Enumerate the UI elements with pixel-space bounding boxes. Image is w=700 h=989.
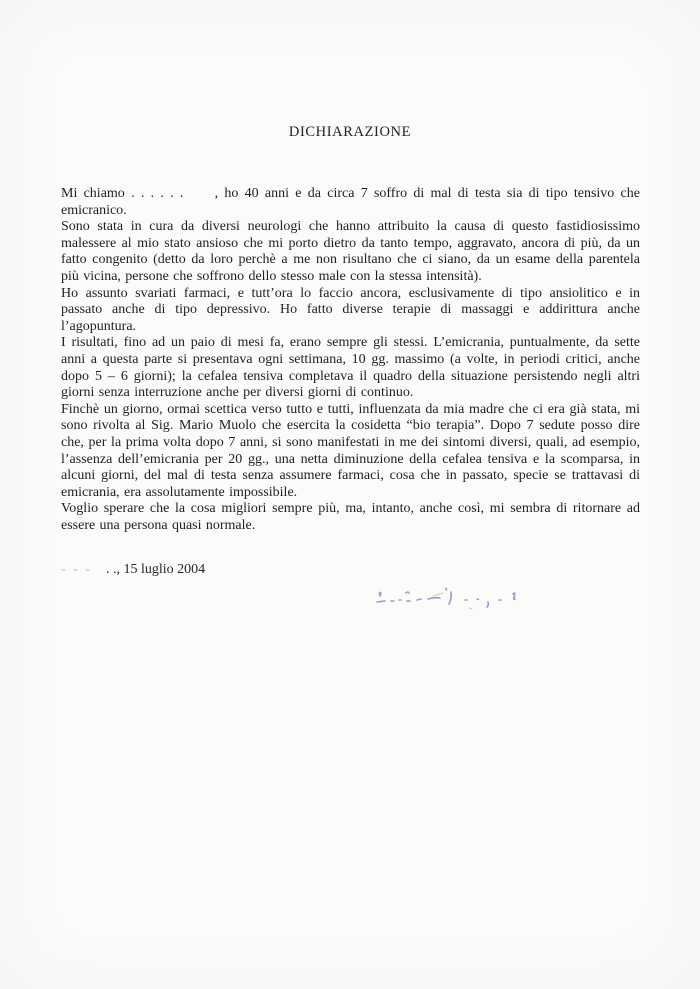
paragraph: Voglio sperare che la cosa migliori semp…: [61, 501, 640, 534]
paragraph: Ho assunto svariati farmaci, e tutt’ora …: [61, 286, 640, 336]
date-line: - - - . ., 15 luglio 2004: [61, 562, 205, 578]
signature: [373, 580, 538, 620]
paragraph: Sono stata in cura da diversi neurologi …: [61, 219, 640, 285]
date-text: . ., 15 luglio 2004: [92, 562, 205, 577]
redacted-place: - - -: [61, 562, 92, 577]
document-body: Mi chiamo . . . . . . , ho 40 anni e da …: [61, 186, 640, 534]
paragraph: Finchè un giorno, ormai scettica verso t…: [61, 402, 640, 502]
document-title: DICHIARAZIONE: [0, 124, 700, 141]
paragraph: I risultati, fino ad un paio di mesi fa,…: [61, 335, 640, 401]
document-page: DICHIARAZIONE Mi chiamo . . . . . . , ho…: [0, 0, 700, 989]
paragraph: Mi chiamo . . . . . . , ho 40 anni e da …: [61, 186, 640, 219]
